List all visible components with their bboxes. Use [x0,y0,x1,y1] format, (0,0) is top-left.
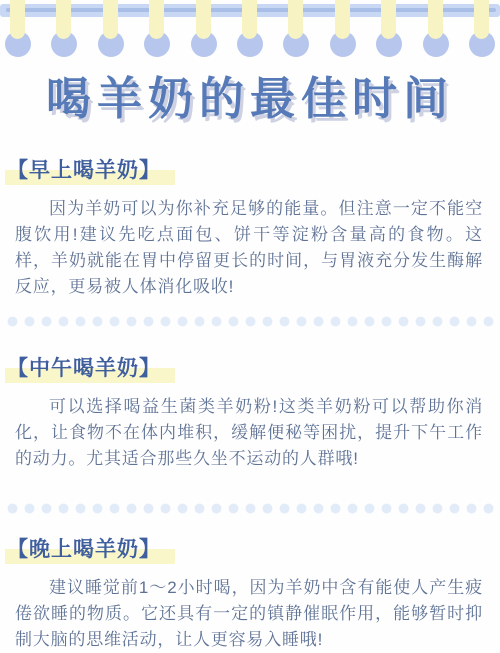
binding-pin-icon [474,0,489,39]
page-title: 喝羊奶的最佳时间 [6,72,494,126]
spiral-pin-icon [191,0,217,58]
binding-pin-icon [381,0,396,39]
binding-pin-icon [10,0,25,39]
binding-pin-icon [103,0,118,39]
binding-pin-icon [56,0,71,39]
binding-pin-icon [288,0,303,39]
binding-pin-icon [335,0,350,39]
spiral-pin-icon [237,0,263,58]
spiral-pin-icon [376,0,402,58]
spiral-pin-icon [469,0,495,58]
binding-pin-icon [196,0,211,39]
spiral-pin-icon [330,0,356,58]
goat-milk-infographic: 喝羊奶的最佳时间 【早上喝羊奶】 因为羊奶可以为你补充足够的能量。但注意一定不能… [0,0,500,653]
spiral-pin-icon [144,0,170,58]
dotted-divider [2,315,498,328]
binding-pin-icon [242,0,257,39]
notebook-binding [0,0,500,58]
section-morning-body: 因为羊奶可以为你补充足够的能量。但注意一定不能空腹饮用!建议先吃点面包、饼干等淀… [15,196,483,300]
section-evening-heading: 【晚上喝羊奶】 [5,537,500,563]
section-noon: 【中午喝羊奶】 可以选择喝益生菌类羊奶粉!这类羊奶粉可以帮助你消化，让食物不在体… [0,356,500,472]
section-noon-body: 可以选择喝益生菌类羊奶粉!这类羊奶粉可以帮助你消化，让食物不在体内堆积，缓解便秘… [15,394,483,472]
highlighted-heading-text: 【晚上喝羊奶】 [5,538,175,564]
highlighted-heading-text: 【中午喝羊奶】 [5,357,175,383]
section-morning-heading: 【早上喝羊奶】 [5,158,500,184]
binding-pin-icon [428,0,443,39]
section-noon-heading: 【中午喝羊奶】 [5,356,500,382]
section-evening: 【晚上喝羊奶】 建议睡觉前1～2小时喝，因为羊奶中含有能使人产生疲倦欲睡的物质。… [0,537,500,653]
spiral-pin-icon [51,0,77,58]
section-morning: 【早上喝羊奶】 因为羊奶可以为你补充足够的能量。但注意一定不能空腹饮用!建议先吃… [0,158,500,300]
spiral-pin-icon [5,0,31,58]
dotted-divider [2,502,498,515]
section-evening-body: 建议睡觉前1～2小时喝，因为羊奶中含有能使人产生疲倦欲睡的物质。它还具有一定的镇… [15,575,483,653]
spiral-pin-icon [283,0,309,58]
spiral-pins-row [0,0,500,58]
spiral-pin-icon [423,0,449,58]
spiral-pin-icon [98,0,124,58]
highlighted-heading-text: 【早上喝羊奶】 [5,159,175,185]
binding-pin-icon [149,0,164,39]
